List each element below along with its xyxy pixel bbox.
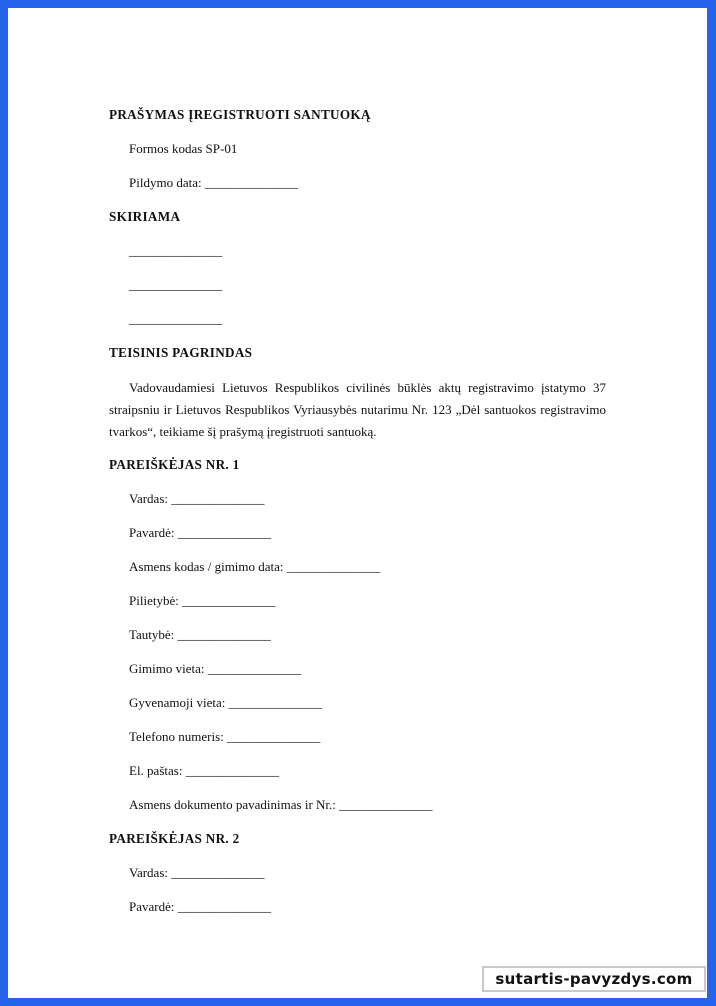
form-field-label: Vardas: bbox=[129, 865, 168, 880]
form-code-line: Formos kodas SP-01 bbox=[109, 139, 606, 173]
form-field-label: El. paštas: bbox=[129, 763, 182, 778]
form-code-text: Formos kodas SP-01 bbox=[129, 141, 237, 156]
form-field-line: Vardas: _______________ bbox=[109, 489, 606, 523]
fill-date-label: Pildymo data: bbox=[129, 175, 202, 190]
form-field-blank[interactable]: _______________ bbox=[339, 797, 432, 812]
addressee-blanks: ________________________________________… bbox=[109, 241, 606, 343]
form-field-label: Pavardė: bbox=[129, 899, 174, 914]
applicant-2-heading: PAREIŠKĖJAS NR. 2 bbox=[109, 829, 606, 863]
form-field-line: El. paštas: _______________ bbox=[109, 761, 606, 795]
form-field-blank[interactable]: _______________ bbox=[287, 559, 380, 574]
document-title: PRAŠYMAS ĮREGISTRUOTI SANTUOKĄ bbox=[109, 105, 606, 139]
fill-date-blank[interactable]: _______________ bbox=[205, 175, 298, 190]
addressee-blank[interactable]: _______________ bbox=[129, 311, 222, 326]
applicant-1-fields: Vardas: _______________Pavardė: ________… bbox=[109, 489, 606, 829]
form-field-blank[interactable]: _______________ bbox=[178, 525, 271, 540]
form-field-blank[interactable]: _______________ bbox=[178, 899, 271, 914]
form-field-label: Gimimo vieta: bbox=[129, 661, 204, 676]
form-field-line: Tautybė: _______________ bbox=[109, 625, 606, 659]
addressee-blank[interactable]: _______________ bbox=[129, 243, 222, 258]
form-field-line: Pavardė: _______________ bbox=[109, 523, 606, 557]
form-field-blank[interactable]: _______________ bbox=[171, 865, 264, 880]
form-field-blank[interactable]: _______________ bbox=[229, 695, 322, 710]
form-field-label: Telefono numeris: bbox=[129, 729, 224, 744]
form-field-blank[interactable]: _______________ bbox=[171, 491, 264, 506]
form-field-line: Asmens kodas / gimimo data: ____________… bbox=[109, 557, 606, 591]
form-field-blank[interactable]: _______________ bbox=[182, 593, 275, 608]
form-field-label: Pavardė: bbox=[129, 525, 174, 540]
form-field-line: Pilietybė: _______________ bbox=[109, 591, 606, 625]
form-field-label: Asmens dokumento pavadinimas ir Nr.: bbox=[129, 797, 336, 812]
addressee-heading: SKIRIAMA bbox=[109, 207, 606, 241]
form-field-label: Tautybė: bbox=[129, 627, 174, 642]
legal-basis-heading: TEISINIS PAGRINDAS bbox=[109, 343, 606, 377]
form-field-blank[interactable]: _______________ bbox=[227, 729, 320, 744]
applicant-2-fields: Vardas: _______________Pavardė: ________… bbox=[109, 863, 606, 931]
form-field-label: Asmens kodas / gimimo data: bbox=[129, 559, 284, 574]
legal-basis-text: Vadovaudamiesi Lietuvos Respublikos civi… bbox=[109, 377, 606, 443]
applicant-1-heading: PAREIŠKĖJAS NR. 1 bbox=[109, 455, 606, 489]
fill-date-line: Pildymo data: _______________ bbox=[109, 173, 606, 207]
addressee-blank-line[interactable]: _______________ bbox=[109, 309, 606, 343]
form-field-line: Gimimo vieta: _______________ bbox=[109, 659, 606, 693]
form-field-line: Gyvenamoji vieta: _______________ bbox=[109, 693, 606, 727]
addressee-blank[interactable]: _______________ bbox=[129, 277, 222, 292]
form-field-line: Telefono numeris: _______________ bbox=[109, 727, 606, 761]
watermark-badge: sutartis-pavyzdys.com bbox=[482, 966, 706, 992]
document-page: PRAŠYMAS ĮREGISTRUOTI SANTUOKĄ Formos ko… bbox=[8, 8, 707, 998]
form-field-blank[interactable]: _______________ bbox=[178, 627, 271, 642]
form-field-line: Pavardė: _______________ bbox=[109, 897, 606, 931]
form-field-line: Asmens dokumento pavadinimas ir Nr.: ___… bbox=[109, 795, 606, 829]
form-field-label: Gyvenamoji vieta: bbox=[129, 695, 225, 710]
form-field-label: Pilietybė: bbox=[129, 593, 179, 608]
document-content: PRAŠYMAS ĮREGISTRUOTI SANTUOKĄ Formos ko… bbox=[109, 105, 606, 931]
form-field-line: Vardas: _______________ bbox=[109, 863, 606, 897]
form-field-blank[interactable]: _______________ bbox=[208, 661, 301, 676]
form-field-blank[interactable]: _______________ bbox=[186, 763, 279, 778]
addressee-blank-line[interactable]: _______________ bbox=[109, 241, 606, 275]
form-field-label: Vardas: bbox=[129, 491, 168, 506]
addressee-blank-line[interactable]: _______________ bbox=[109, 275, 606, 309]
